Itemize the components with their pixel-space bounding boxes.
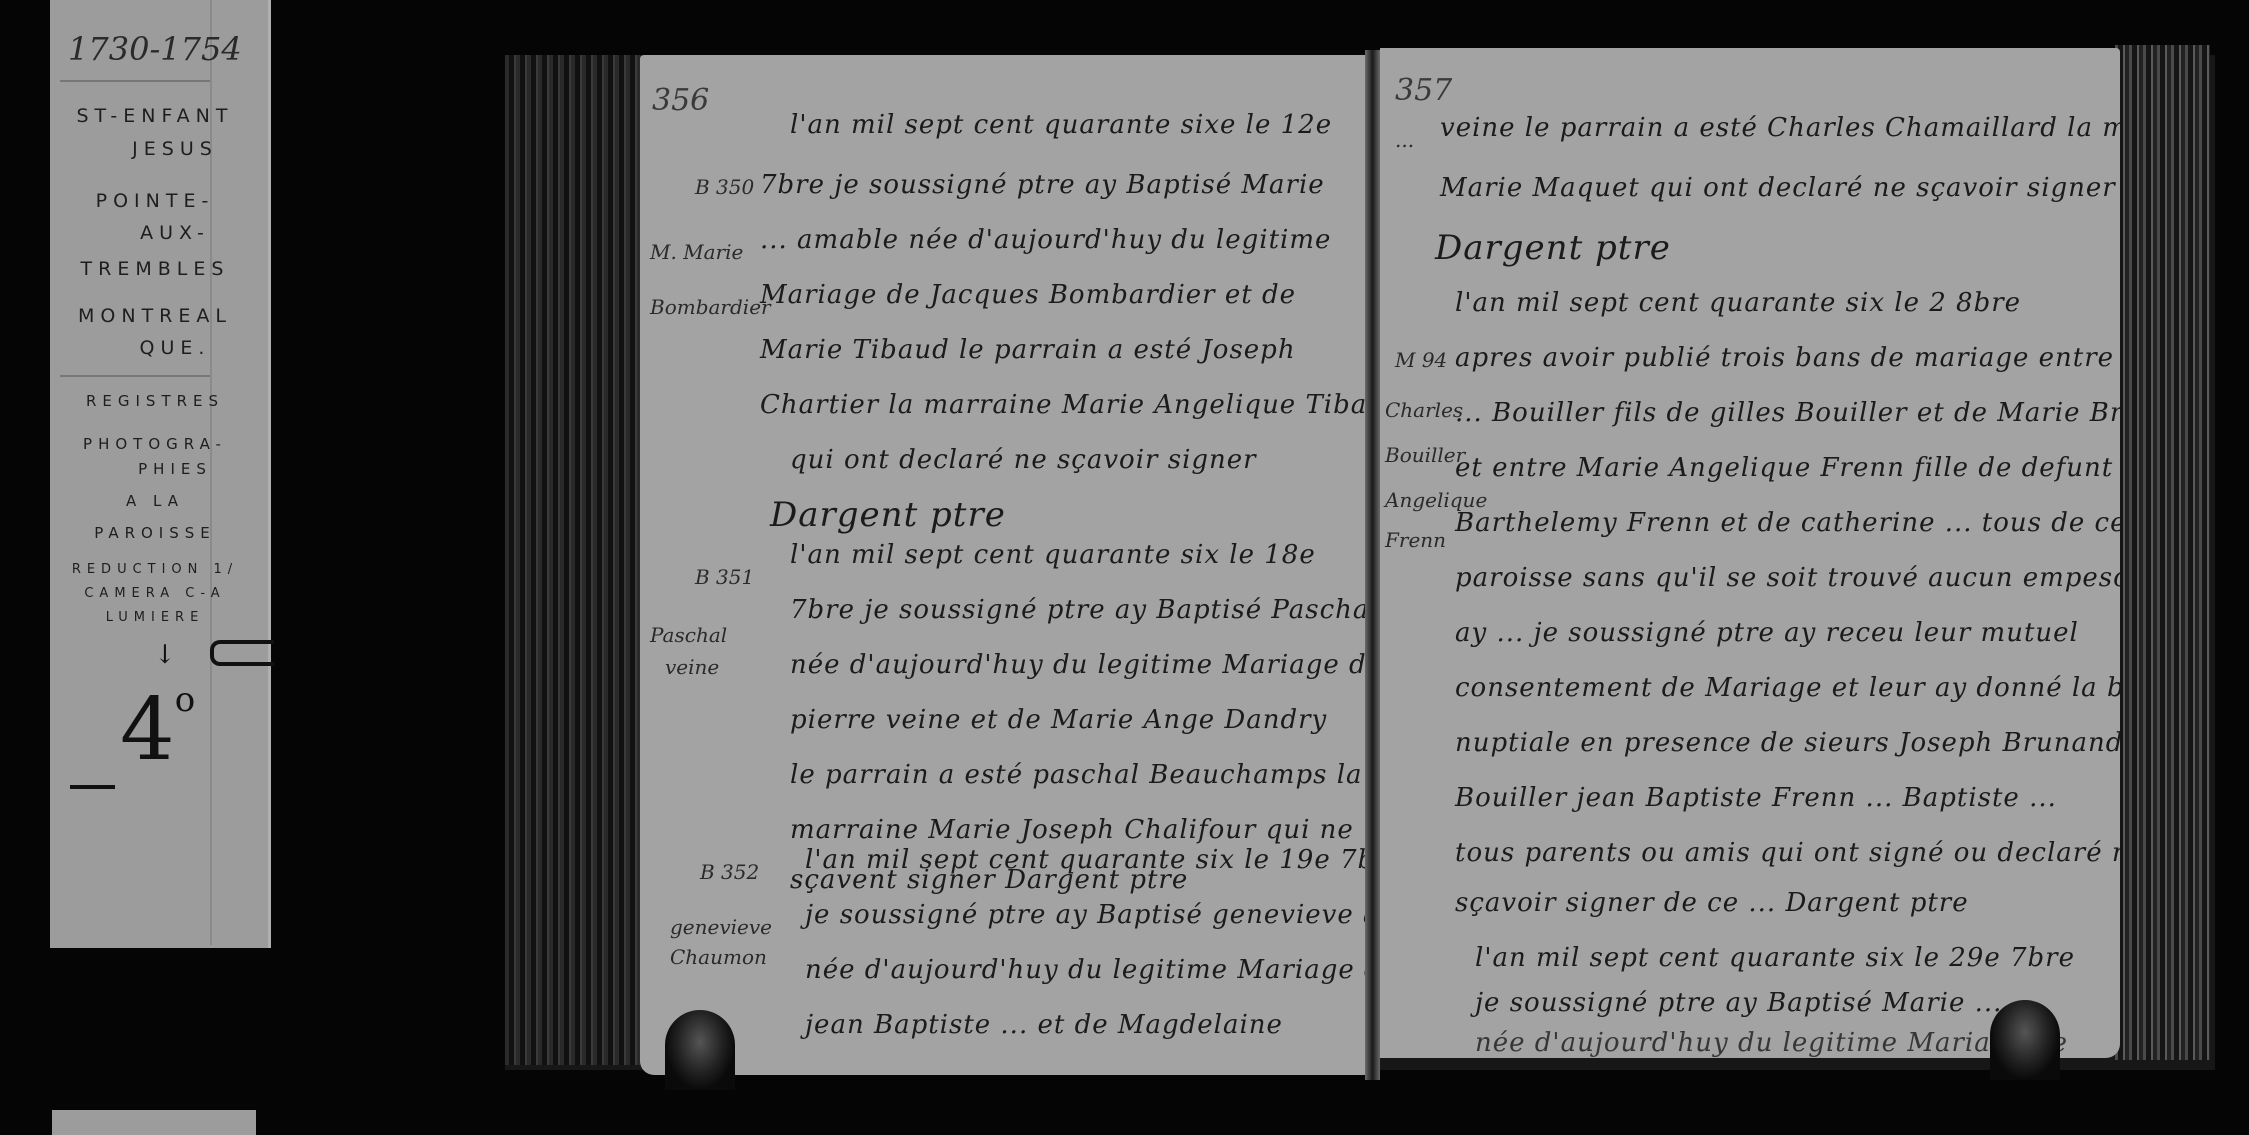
priest-signature: Dargent ptre bbox=[770, 495, 1006, 535]
card-parish-line: MONTREAL bbox=[50, 305, 260, 327]
entry-line: ay ... je soussigné ptre ay receu leur m… bbox=[1455, 618, 2079, 648]
entry-line: je soussigné ptre ay Baptisé genevieve a… bbox=[805, 900, 1365, 930]
card-parish-line: AUX- bbox=[70, 222, 280, 244]
card-parish-line: TREMBLES bbox=[50, 258, 260, 280]
margin-note: Paschal bbox=[650, 623, 727, 647]
entry-line: paroisse sans qu'il se soit trouvé aucun… bbox=[1455, 563, 2120, 593]
divider bbox=[60, 375, 210, 377]
thumb-holding-page bbox=[665, 1010, 735, 1090]
margin-note: B 350 bbox=[695, 175, 754, 199]
pen-mark bbox=[70, 785, 115, 789]
entry-line: le parrain a esté paschal Beauchamps la bbox=[790, 760, 1363, 790]
margin-note: M. Marie bbox=[650, 240, 743, 264]
margin-note: B 351 bbox=[695, 565, 754, 589]
down-arrow-icon: ↓ bbox=[154, 640, 176, 670]
margin-note: M 94 bbox=[1395, 348, 1447, 372]
card-note-line: REDUCTION 1/ bbox=[50, 562, 260, 577]
card-parish-line: POINTE- bbox=[50, 190, 260, 212]
margin-note: Frenn bbox=[1385, 528, 1446, 552]
entry-line: l'an mil sept cent quarante six le 29e 7… bbox=[1475, 943, 2075, 973]
thumb-holding-page bbox=[1990, 1000, 2060, 1080]
entry-line: apres avoir publié trois bans de mariage… bbox=[1455, 343, 2120, 373]
margin-note: ... bbox=[1395, 128, 1414, 152]
entry-line: l'an mil sept cent quarante sixe le 12e bbox=[790, 110, 1332, 140]
book-gutter bbox=[1365, 50, 1380, 1080]
entry-line: née d'aujourd'huy du legitime Mariage de bbox=[790, 650, 1365, 680]
entry-line: nuptiale en presence de sieurs Joseph Br… bbox=[1455, 728, 2120, 758]
entry-line: Mariage de Jacques Bombardier et de bbox=[760, 280, 1296, 310]
entry-line: Barthelemy Frenn et de catherine ... tou… bbox=[1455, 508, 2120, 538]
card-note-line: PHIES bbox=[70, 460, 280, 478]
entry-line: Marie Tibaud le parrain a esté Joseph bbox=[760, 335, 1296, 365]
volume-value: 4 bbox=[120, 680, 175, 780]
entry-line: qui ont declaré ne sçavoir signer bbox=[790, 445, 1257, 475]
card-note-line: CAMERA C-A bbox=[50, 586, 260, 601]
entry-line: et entre Marie Angelique Frenn fille de … bbox=[1455, 453, 2113, 483]
entry-line: consentement de Mariage et leur ay donné… bbox=[1455, 673, 2120, 703]
entry-line: 7bre je soussigné ptre ay Baptisé Pascha… bbox=[790, 595, 1365, 625]
divider bbox=[60, 80, 210, 82]
priest-signature: Dargent ptre bbox=[1435, 228, 1671, 268]
card-note-line: PAROISSE bbox=[50, 524, 260, 542]
margin-note: Charles bbox=[1385, 398, 1463, 422]
card-note-line: PHOTOGRA- bbox=[50, 435, 260, 453]
index-card: 1730-1754 ST-ENFANT JESUS POINTE- AUX- T… bbox=[50, 0, 271, 948]
entry-line: marraine Marie Joseph Chalifour qui ne bbox=[790, 815, 1354, 845]
card-date-range: 1730-1754 bbox=[68, 30, 242, 68]
volume-suffix: o bbox=[175, 680, 195, 720]
card-parish-line: QUE. bbox=[70, 337, 280, 359]
entry-line: veine le parrain a esté Charles Chamaill… bbox=[1440, 113, 2120, 143]
entry-line: née d'aujourd'huy du legitime Mariage de bbox=[805, 955, 1365, 985]
card-note-line: REGISTRES bbox=[50, 392, 260, 410]
margin-note: B 352 bbox=[700, 860, 759, 884]
entry-line: l'an mil sept cent quarante six le 18e bbox=[790, 540, 1316, 570]
entry-line: jean Baptiste ... et de Magdelaine bbox=[805, 1010, 1283, 1040]
entry-line: Bouiller jean Baptiste Frenn ... Baptist… bbox=[1455, 783, 2057, 813]
margin-note: Bombardier bbox=[650, 295, 771, 319]
entry-line: ... Bouiller fils de gilles Bouiller et … bbox=[1455, 398, 2120, 428]
card-note-line: LUMIERE bbox=[50, 610, 260, 625]
entry-line: tous parents ou amis qui ont signé ou de… bbox=[1455, 838, 2120, 868]
margin-note: veine bbox=[665, 655, 719, 679]
page-number: 357 bbox=[1395, 73, 1452, 108]
entry-line: l'an mil sept cent quarante six le 19e 7… bbox=[805, 845, 1365, 875]
entry-line: Marie Maquet qui ont declaré ne sçavoir … bbox=[1440, 173, 2116, 203]
entry-line: Chartier la marraine Marie Angelique Tib… bbox=[760, 390, 1365, 420]
card-note-line: A LA bbox=[50, 492, 260, 510]
index-card-lower bbox=[52, 1110, 256, 1135]
book-page-edges-left bbox=[505, 55, 645, 1065]
entry-line: sçavoir signer de ce ... Dargent ptre bbox=[1455, 888, 1969, 918]
paper-clip-icon bbox=[210, 640, 274, 666]
margin-note: Bouiller bbox=[1385, 443, 1465, 467]
book-page-edges-right bbox=[2115, 45, 2210, 1060]
page-number: 356 bbox=[652, 83, 709, 118]
entry-line: l'an mil sept cent quarante six le 2 8br… bbox=[1455, 288, 2021, 318]
card-parish-line: ST-ENFANT bbox=[50, 105, 260, 127]
volume-number: 4o bbox=[120, 680, 195, 780]
left-page: 356 B 350 M. Marie Bombardier l'an mil s… bbox=[640, 55, 1365, 1075]
right-page: 357 ... veine le parrain a esté Charles … bbox=[1380, 48, 2120, 1058]
entry-line: je soussigné ptre ay Baptisé Marie ... bbox=[1475, 988, 2002, 1018]
entry-line: née d'aujourd'huy du legitime Mariage de bbox=[1475, 1028, 2068, 1058]
card-parish-line: JESUS bbox=[70, 138, 280, 160]
entry-line: ... amable née d'aujourd'huy du legitime bbox=[760, 225, 1331, 255]
margin-note: Chaumon bbox=[670, 945, 767, 969]
margin-note: genevieve bbox=[670, 915, 772, 939]
entry-line: 7bre je soussigné ptre ay Baptisé Marie bbox=[760, 170, 1325, 200]
entry-line: pierre veine et de Marie Ange Dandry bbox=[790, 705, 1327, 735]
